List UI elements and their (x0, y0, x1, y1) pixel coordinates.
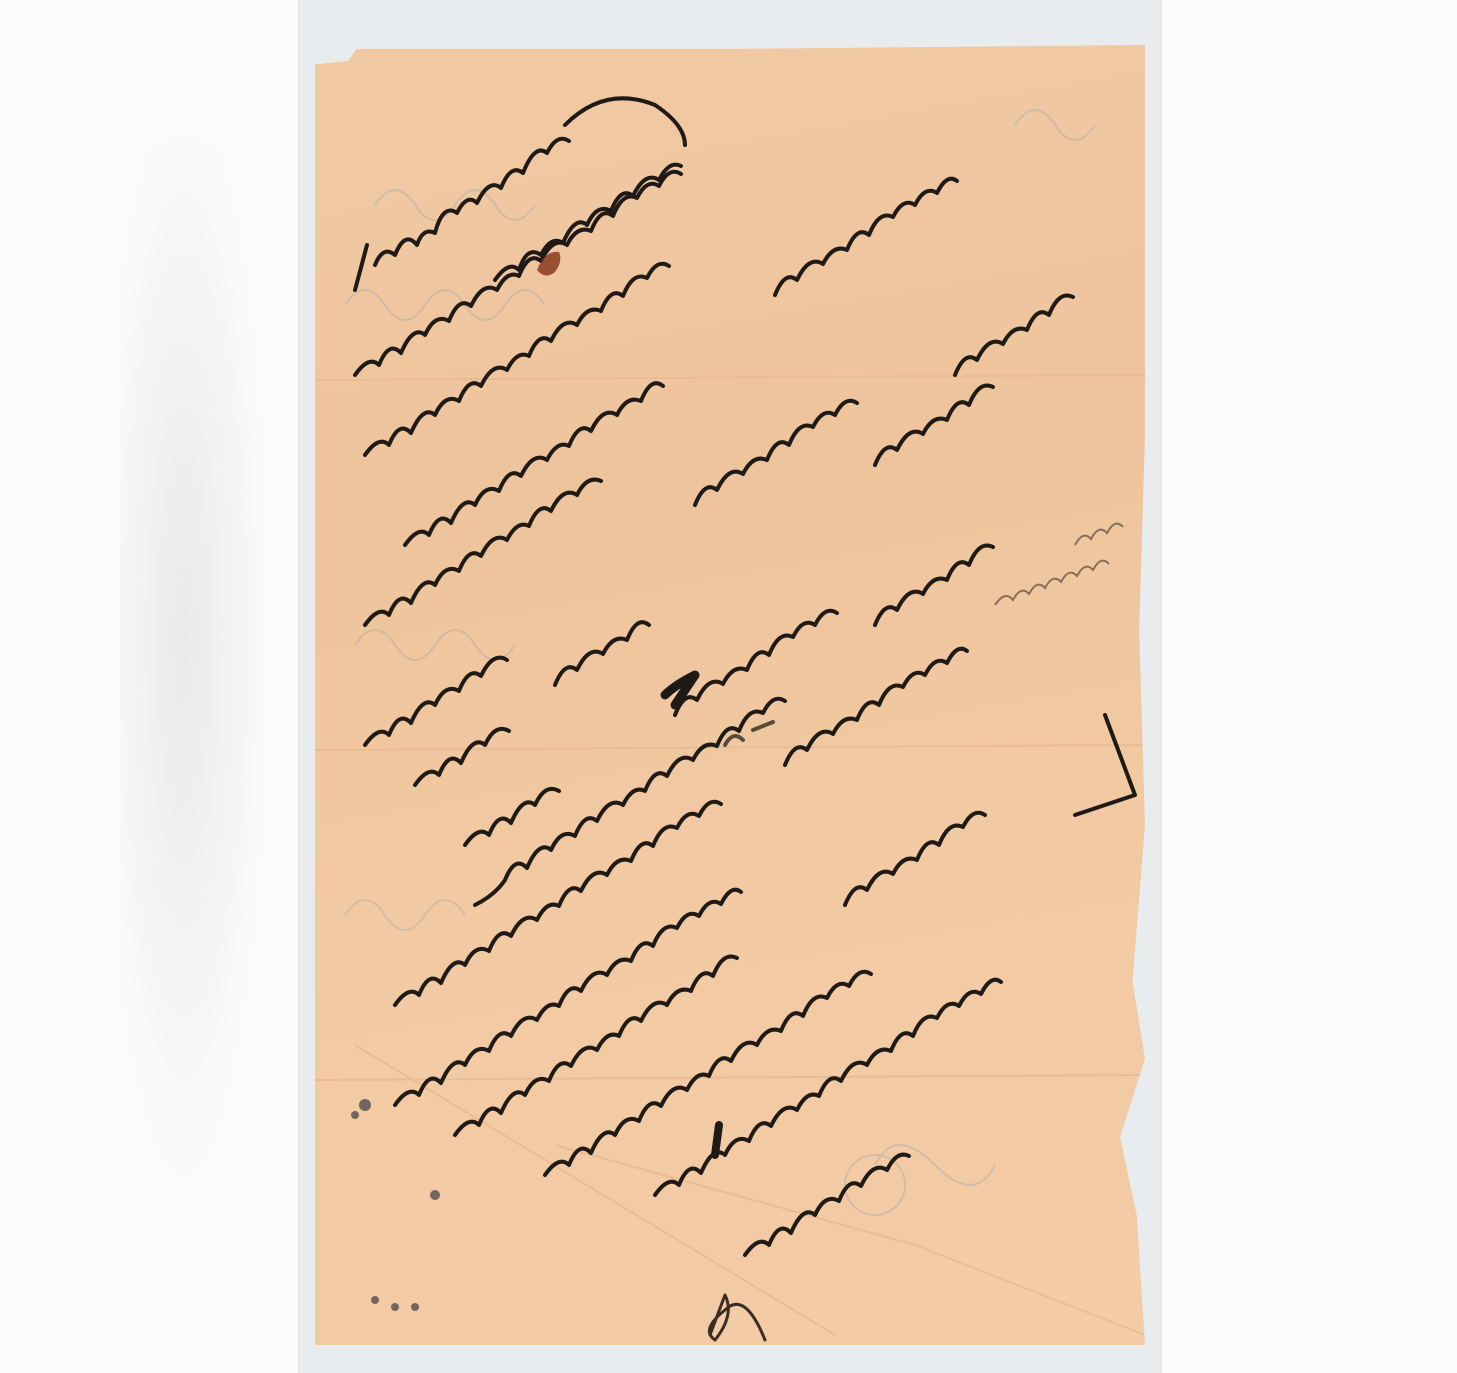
scan-smudge (120, 140, 280, 1240)
handwriting-strokes (315, 45, 1145, 1345)
bleed-through-text (345, 110, 1095, 1215)
faint-stamp-annotation (995, 524, 1123, 605)
manuscript-page: Scanned aged paper with handwritten curs… (315, 45, 1145, 1345)
ink-blots (351, 1099, 440, 1311)
ink-script-lines (355, 98, 1135, 1340)
